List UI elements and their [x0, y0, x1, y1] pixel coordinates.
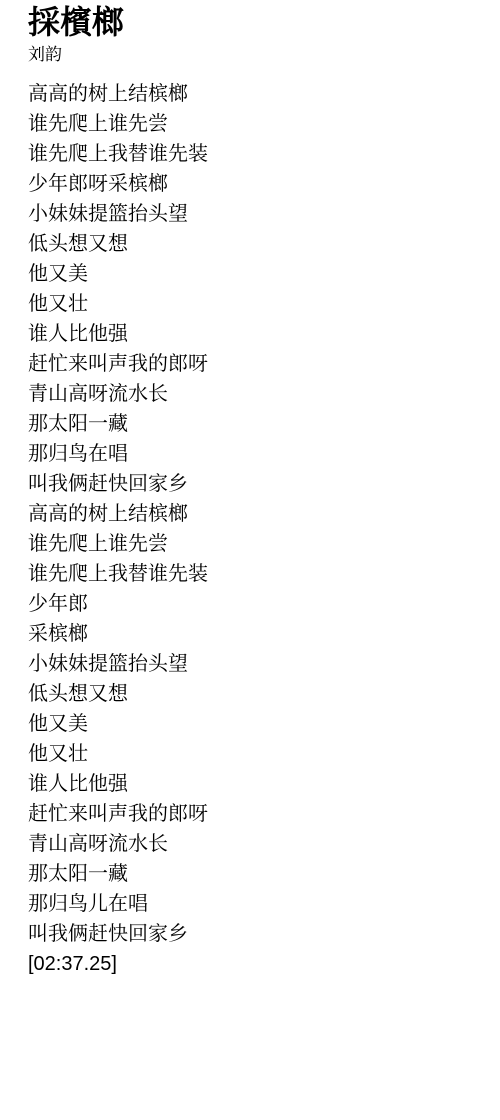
- lyric-line: 小妹妹提篮抬头望: [28, 649, 480, 679]
- lyrics-list: 高高的树上结槟榔谁先爬上谁先尝谁先爬上我替谁先装少年郎呀采槟榔小妹妹提篮抬头望低…: [28, 79, 480, 949]
- lyric-line: 他又壮: [28, 739, 480, 769]
- lyric-line: 那归鸟在唱: [28, 439, 480, 469]
- lyric-line: 采槟榔: [28, 619, 480, 649]
- lyric-line: 青山高呀流水长: [28, 829, 480, 859]
- lyric-line: 谁人比他强: [28, 319, 480, 349]
- lyric-line: 赶忙来叫声我的郎呀: [28, 799, 480, 829]
- lyric-line: 谁先爬上我替谁先装: [28, 559, 480, 589]
- lyric-line: 高高的树上结槟榔: [28, 499, 480, 529]
- lyric-line: 他又壮: [28, 289, 480, 319]
- lyric-line: 青山高呀流水长: [28, 379, 480, 409]
- artist-name: 刘韵: [28, 44, 480, 66]
- song-title: 採檳榔: [28, 4, 480, 41]
- lyrics-document: { "page": { "title": "採檳榔", "artist": "刘…: [0, 0, 500, 1120]
- lyric-line: 高高的树上结槟榔: [28, 79, 480, 109]
- lyric-line: 低头想又想: [28, 229, 480, 259]
- lyric-line: 少年郎: [28, 589, 480, 619]
- lyric-line: 谁先爬上谁先尝: [28, 529, 480, 559]
- lyric-line: 叫我俩赶快回家乡: [28, 469, 480, 499]
- lyric-line: 赶忙来叫声我的郎呀: [28, 349, 480, 379]
- lyric-line: 叫我俩赶快回家乡: [28, 919, 480, 949]
- lyric-line: 谁人比他强: [28, 769, 480, 799]
- lyric-line: 少年郎呀采槟榔: [28, 169, 480, 199]
- lyric-line: 谁先爬上我替谁先装: [28, 139, 480, 169]
- lyric-line: 那太阳一藏: [28, 859, 480, 889]
- lyric-line: 低头想又想: [28, 679, 480, 709]
- lyric-line: 小妹妹提篮抬头望: [28, 199, 480, 229]
- lyric-line: 他又美: [28, 709, 480, 739]
- lyric-line: 他又美: [28, 259, 480, 289]
- timestamp-line: [02:37.25]: [28, 949, 480, 979]
- lyric-line: 那归鸟儿在唱: [28, 889, 480, 919]
- lyric-line: 谁先爬上谁先尝: [28, 109, 480, 139]
- lyric-line: 那太阳一藏: [28, 409, 480, 439]
- lyrics-page: 採檳榔 刘韵 高高的树上结槟榔谁先爬上谁先尝谁先爬上我替谁先装少年郎呀采槟榔小妹…: [0, 0, 500, 979]
